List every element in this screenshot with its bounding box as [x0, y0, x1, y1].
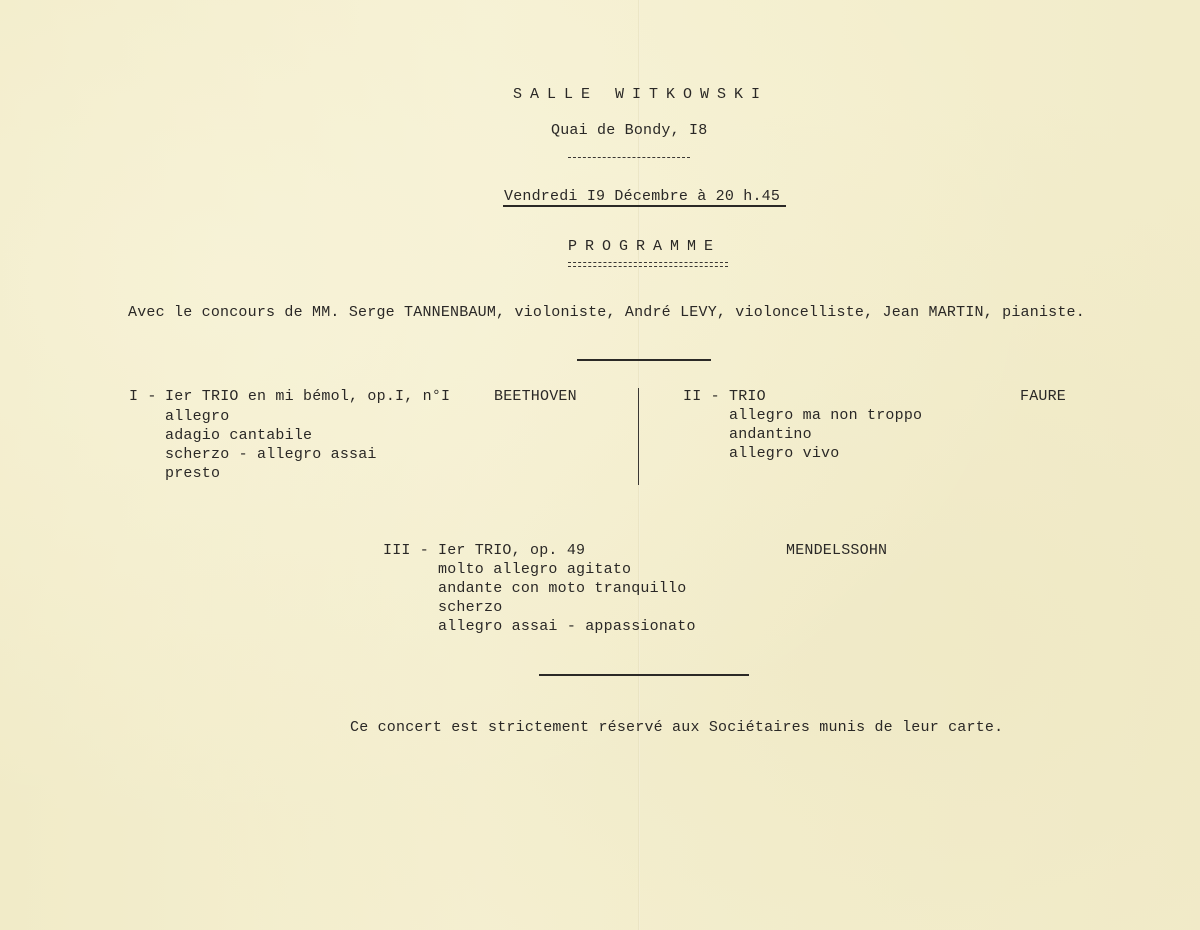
movement: scherzo - allegro assai	[165, 445, 377, 464]
movement: molto allegro agitato	[438, 560, 696, 579]
venue-address: Quai de Bondy, I8	[551, 121, 707, 140]
movement-list: molto allegro agitato andante con moto t…	[438, 560, 696, 636]
movement: andante con moto tranquillo	[438, 579, 696, 598]
movement: allegro assai - appassionato	[438, 617, 696, 636]
piece-title: Ier TRIO, op. 49	[438, 541, 585, 560]
date-underline	[503, 205, 786, 207]
movement-list: allegro adagio cantabile scherzo - alleg…	[165, 407, 377, 483]
programme-double-rule	[568, 262, 728, 267]
movement-list: allegro ma non troppo andantino allegro …	[729, 406, 922, 463]
section-divider-bottom	[539, 674, 749, 676]
programme-heading: PROGRAMME	[568, 237, 721, 256]
piece-composer: MENDELSSOHN	[786, 541, 887, 560]
piece-title: TRIO	[729, 387, 766, 406]
movement: allegro ma non troppo	[729, 406, 922, 425]
movement: scherzo	[438, 598, 696, 617]
piece-number: I -	[129, 387, 157, 406]
performers-line: Avec le concours de MM. Serge TANNENBAUM…	[128, 303, 1085, 322]
movement: allegro	[165, 407, 377, 426]
section-divider-top	[577, 359, 711, 361]
address-dashed-rule	[568, 157, 690, 158]
movement: andantino	[729, 425, 922, 444]
piece-composer: FAURE	[1020, 387, 1066, 406]
piece-title: Ier TRIO en mi bémol, op.I, n°I	[165, 387, 450, 406]
piece-composer: BEETHOVEN	[494, 387, 577, 406]
movement: adagio cantabile	[165, 426, 377, 445]
concert-date: Vendredi I9 Décembre à 20 h.45	[504, 187, 780, 206]
movement: allegro vivo	[729, 444, 922, 463]
piece-number: II -	[683, 387, 720, 406]
column-separator	[638, 388, 639, 485]
members-only-note: Ce concert est strictement réservé aux S…	[350, 718, 1003, 737]
venue-title: SALLE WITKOWSKI	[513, 85, 768, 104]
movement: presto	[165, 464, 377, 483]
piece-number: III -	[383, 541, 429, 560]
